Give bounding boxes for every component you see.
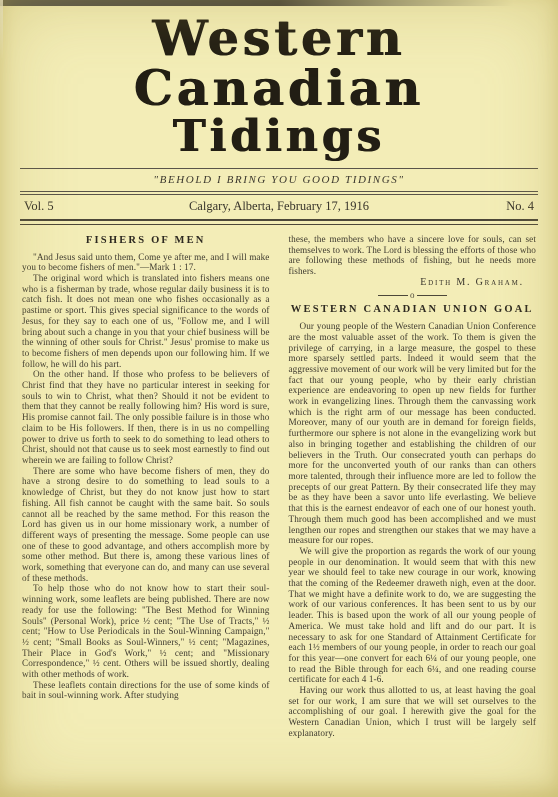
masthead-title-line2: Tidings xyxy=(0,115,558,159)
scan-edge-left xyxy=(0,0,3,60)
masthead-rule xyxy=(20,168,538,169)
left-column: FISHERS OF MEN "And Jesus said unto them… xyxy=(22,234,270,739)
issue-number: No. 4 xyxy=(423,199,534,214)
article-title-fishers-of-men: FISHERS OF MEN xyxy=(22,236,270,247)
motto: "BEHOLD I BRING YOU GOOD TIDINGS" xyxy=(0,174,558,186)
dateline: Calgary, Alberta, February 17, 1916 xyxy=(135,199,423,214)
article-title-union-goal: WESTERN CANADIAN UNION GOAL xyxy=(289,305,537,316)
divider-ornament: o xyxy=(410,291,415,300)
scan-edge-top xyxy=(0,0,558,6)
article-paragraph: On the other hand. If those who profess … xyxy=(22,369,270,465)
header-bottom-rule xyxy=(20,219,538,225)
article-paragraph: Our young people of the Western Canadian… xyxy=(289,321,537,546)
article-paragraph: These leaflets contain directions for th… xyxy=(22,680,270,701)
article-paragraph: "And Jesus said unto them, Come ye after… xyxy=(22,252,270,273)
section-divider: o xyxy=(289,291,537,300)
divider-bar xyxy=(417,295,447,296)
issue-info-row: Vol. 5 Calgary, Alberta, February 17, 19… xyxy=(0,195,558,216)
body-columns: FISHERS OF MEN "And Jesus said unto them… xyxy=(0,234,558,739)
article-paragraph: The original word which is translated in… xyxy=(22,273,270,369)
article-paragraph: We will give the proportion as regards t… xyxy=(289,546,537,685)
masthead-title-line1: Western Canadian xyxy=(0,14,558,114)
newspaper-page: Western Canadian Tidings "BEHOLD I BRING… xyxy=(0,0,558,797)
masthead: Western Canadian Tidings xyxy=(0,0,558,159)
volume-label: Vol. 5 xyxy=(24,199,135,214)
article-continuation-paragraph: these, the members who have a sincere lo… xyxy=(289,234,537,277)
byline: Edith M. Graham. xyxy=(289,278,537,289)
article-paragraph: There are some who have become fishers o… xyxy=(22,466,270,584)
article-paragraph: To help those who do not know how to sta… xyxy=(22,583,270,679)
divider-bar xyxy=(378,295,408,296)
article-paragraph: Having our work thus allotted to us, at … xyxy=(289,685,537,739)
right-column: these, the members who have a sincere lo… xyxy=(289,234,537,739)
